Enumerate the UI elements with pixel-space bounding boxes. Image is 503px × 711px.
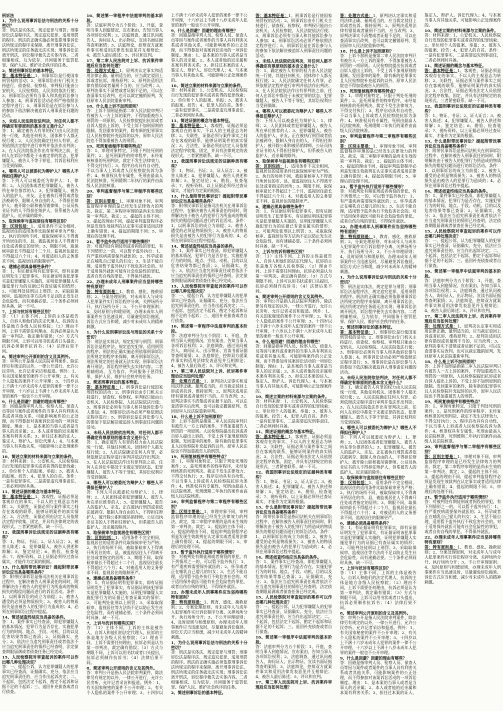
answer-paragraph: 答：1、有证据证明有犯罪事实，即有证据证明发生了犯罪事实，有证据证明该犯罪事实是… xyxy=(2,269,79,309)
question-paragraph: 15、人民检察院对审查起诉的案件可以作出哪几种处理决定？ xyxy=(2,655,79,665)
answer-paragraph: 答：基本特征是：1、刑事诉讼是行使国家刑罚权的活动；2、刑事诉讼由专门机关主持进… xyxy=(2,73,79,119)
answer-paragraph: 答：1、物证、书证；2、证人证言；3、被害人陈述；4、犯罪嫌疑人、被告人供述和辩… xyxy=(425,114,502,139)
answer-lead-underlined: 答：特有原则是： xyxy=(425,545,458,550)
answer-paragraph: 答：处理方式是：1、原判决认定事实和适用法律正确、量刑适当的，应当裁定驳回上诉或… xyxy=(425,324,502,360)
answer-paragraph: 答：下列人可以被委托为辩护人：1、律师；2、人民团体或者犯罪嫌疑人、被告人所在单… xyxy=(2,179,79,219)
question-paragraph: 22、办理未成年人刑事案件应当坚持哪些特有原则？ xyxy=(425,535,502,545)
answer-paragraph: 答：1、审理对象特定，只限于判处死刑的案件；2、是死刑案件的终审程序，未经复核核… xyxy=(425,404,502,444)
answer-paragraph: 答：基本特征是：1、刑事诉讼是行使国家刑罚权的活动；2、刑事诉讼由专门机关主持进… xyxy=(256,13,333,59)
answer-paragraph: 答：1、确定被告人有罪的权力由人民法院统一行使，其他任何机关、团体和个人都无权行… xyxy=(87,440,164,480)
answer-paragraph: 答：（1）主体不同，上诉的主体是被告人、自诉人和他们的法定代理人，抗诉的主体是地… xyxy=(256,254,333,294)
answer-lead-underlined: 答：基本特征是： xyxy=(87,385,120,390)
question-paragraph: 4、哪些人可以被委托为辩护人？哪些人不得担任辩护人？ xyxy=(256,109,333,119)
answer-paragraph: 答：一、提起公诉，认为犯罪嫌疑人的犯罪事实已经查清，证据确实、充分，依法应当追究… xyxy=(2,665,79,695)
answer-paragraph: 答：处理方式是：1、原判决认定事实和适用法律正确、量刑适当的，应当裁定驳回上诉或… xyxy=(171,379,248,415)
answer-paragraph: 答：区别主要是：1、审理对象不同，审判监督程序审理的是已经发生法律效力的判决、裁… xyxy=(425,454,502,495)
answer-paragraph: 答：上诉不加刑是指第二审人民法院审判只有被告人一方上诉的案件，不得加重被告人刑罚… xyxy=(87,109,164,144)
question-paragraph: 13、什么是附带民事诉讼？提起附带民事诉讼应当具备哪些条件？ xyxy=(425,139,502,149)
question-paragraph: 12、我国刑事诉讼法规定的证据种类有哪些？ xyxy=(171,159,248,169)
scanned-cheat-sheet-page: 刑诉法 1、为什么说刑事诉讼法与刑法的关系十分密切？答：刑法是实体法，规定犯罪与… xyxy=(0,0,503,711)
answer-paragraph: 答：审判公开是指人民法院审判案件，除法律另有规定的以外，一律公开进行，允许公民旁… xyxy=(340,616,417,656)
answer-paragraph: 答：（1）主体不同，上诉的主体是被告人、自诉人和他们的法定代理人，抗诉的主体是地… xyxy=(340,571,417,611)
answer-paragraph: 答：1、案件事实已经查清，即犯罪嫌疑人的基本情况，犯罪行为是否存在，实施犯罪行为… xyxy=(171,249,248,284)
answer-paragraph: 答：区别主要是：1、审理对象不同，审判监督程序审理的是已经发生法律效力的判决、裁… xyxy=(340,144,417,185)
answer-paragraph: 答：1、物证、书证；2、证人证言；3、被害人陈述；4、犯罪嫌疑人、被告人供述和辩… xyxy=(171,169,248,194)
answer-paragraph: 答：处理方式是：1、原判决认定事实和适用法律正确、量刑适当的，应当裁定驳回上诉或… xyxy=(340,13,417,49)
question-paragraph: 3、未经人民法院依法判决，对任何人都不得确定有罪原则的基本含义是什么？ xyxy=(256,59,333,69)
question-paragraph: 16、简述第一审程序中法庭审判的基本阶段。 xyxy=(256,635,333,645)
answer-paragraph: 答：回避是指审判人员、检察人员、侦查人员等因与案件或者案件的当事人具有利害关系或… xyxy=(2,404,79,454)
question-paragraph: 16、简述第一审程序中法庭审判的基本阶段。 xyxy=(87,13,164,23)
answer-paragraph: 答：对被判处有期徒刑或者拘役的罪犯，有下列情形之一的，可以暂予监外执行：1、有严… xyxy=(171,555,248,590)
answer-lead-underlined: 答：基本特征是： xyxy=(256,13,289,18)
answer-paragraph: 答：附带民事诉讼是指司法机关在刑事诉讼过程中，在解决被告人刑事责任的同时，附带解… xyxy=(425,149,502,189)
answer-paragraph: 答：刑法是实体法，规定犯罪与刑罚；刑事诉讼法是程序法，规定追究犯罪、适用刑罚的程… xyxy=(340,285,417,325)
question-paragraph: 13、什么是附带民事诉讼？提起附带民事诉讼应当具备哪些条件？ xyxy=(256,505,333,515)
answer-paragraph: 答：区别包括：1、适用条件不完全相同，监视居住的适用条件比取保候审更为严格；2、… xyxy=(87,535,164,576)
answer-paragraph: 答：附带民事诉讼是指司法机关在刑事诉讼过程中，在解决被告人刑事责任的同时，附带解… xyxy=(256,515,333,555)
answer-paragraph: 答：附带民事诉讼是指司法机关在刑事诉讼过程中，在解决被告人刑事责任的同时，附带解… xyxy=(2,575,79,615)
answer-lead-underlined: 答：基本特征是： xyxy=(2,73,35,78)
question-paragraph: 17、第二审人民法院对上诉、抗诉案件审理后应当如何处理？ xyxy=(256,680,333,690)
answer-lead-underlined: 答：区别主要是： xyxy=(171,509,204,514)
answer-paragraph: 答：附带民事诉讼是指司法机关在刑事诉讼过程中，在解决被告人刑事责任的同时，附带解… xyxy=(171,204,248,244)
answer-paragraph: 答：1、审理对象特定，只限于判处死刑的案件；2、是死刑案件的终审程序，未经复核核… xyxy=(340,94,417,134)
question-paragraph: 1、为什么说刑事诉讼法与刑法的关系十分密切？ xyxy=(340,275,417,285)
answer-paragraph: 答：基本特征是：1、刑事诉讼是行使国家刑罚权的活动；2、刑事诉讼由专门机关主持进… xyxy=(87,385,164,431)
question-paragraph: 22、办理未成年人刑事案件应当坚持哪些特有原则？ xyxy=(87,279,164,289)
answer-paragraph: 答：区别包括：1、适用条件不完全相同，监视居住的适用条件比取保候审更为严格；2、… xyxy=(2,224,79,265)
question-paragraph: 12、我国刑事诉讼法规定的证据种类有哪些？ xyxy=(425,104,502,114)
answer-paragraph: 答：1、审理对象特定，只限于判处死刑的案件；2、是死刑案件的终审程序，未经复核核… xyxy=(87,149,164,189)
answer-lead-underlined: 答：特有原则是： xyxy=(171,600,204,605)
question-paragraph: 16、简述第一审程序中法庭审判的基本阶段。 xyxy=(171,324,248,334)
question-paragraph: 12、我国刑事诉讼法规定的证据种类有哪些？ xyxy=(256,470,333,480)
answer-paragraph: 答：1、有证据证明有犯罪事实，即有证据证明发生了犯罪事实，有证据证明该犯罪事实是… xyxy=(256,209,333,249)
answer-lead-underlined: 答：区别主要是： xyxy=(340,144,373,149)
question-paragraph: 1、为什么说刑事诉讼法与刑法的关系十分密切？ xyxy=(171,640,248,650)
answer-paragraph: 答：1、案件事实已经查清，即犯罪嫌疑人的基本情况，犯罪行为是否存在，实施犯罪行为… xyxy=(2,620,79,655)
answer-lead-underlined: 答：基本特征是： xyxy=(256,434,289,439)
answer-paragraph: 答：法庭审判分为五个阶段：1、开庭，查明当事人到庭情况，宣布案由，告知当事人各项… xyxy=(87,23,164,58)
answer-paragraph: 答：区别包括：1、适用条件不完全相同，监视居住的适用条件比取保候审更为严格；2、… xyxy=(256,164,333,205)
question-paragraph: 3、未经人民法院依法判决，对任何人都不得确定有罪原则的基本含义是什么？ xyxy=(2,119,79,129)
answer-lead-underlined: 答：区别包括： xyxy=(340,480,369,485)
answer-paragraph: 答：1、确定被告人有罪的权力由人民法院统一行使，其他任何机关、团体和个人都无权行… xyxy=(2,129,79,169)
text-columns-inner: 刑诉法 1、为什么说刑事诉讼法与刑法的关系十分密切？答：刑法是实体法，规定犯罪与… xyxy=(2,13,501,697)
answer-paragraph: 答：1、有证据证明有犯罪事实，即有证据证明发生了犯罪事实，有证据证明该犯罪事实是… xyxy=(87,581,164,621)
answer-paragraph: 答：下列人可以被委托为辩护人：1、律师；2、人民团体或者犯罪嫌疑人、被告人所在单… xyxy=(87,490,164,530)
answer-paragraph: 答：法庭审判分为五个阶段：1、开庭，查明当事人到庭情况，宣布案由，告知当事人各项… xyxy=(171,334,248,369)
answer-lead-underlined: 答：基本特征是： xyxy=(340,330,373,335)
question-paragraph: 4、哪些人可以被委托为辩护人？哪些人不得担任辩护人？ xyxy=(340,425,417,435)
question-paragraph: 12、我国刑事诉讼法规定的证据种类有哪些？ xyxy=(2,530,79,540)
answer-paragraph: 答：（1）主体不同，上诉的主体是被告人、自诉人和他们的法定代理人，抗诉的主体是地… xyxy=(87,626,164,666)
answer-paragraph: 答：材料来源：1、公安机关、人民检察院自行发现的犯罪事实或者获得的犯罪线索；2、… xyxy=(2,459,79,489)
answer-paragraph: 答：回避是指审判人员、检察人员、侦查人员等因与案件或者案件的当事人具有利害关系或… xyxy=(256,344,333,394)
question-paragraph: 17、第二审人民法院对上诉、抗诉案件审理后应当如何处理？ xyxy=(171,369,248,379)
question-paragraph: 1、为什么说刑事诉讼法与刑法的关系十分密切？ xyxy=(87,330,164,340)
answer-paragraph: 答：1、案件事实已经查清，即犯罪嫌疑人的基本情况，犯罪行为是否存在，实施犯罪行为… xyxy=(256,560,333,595)
question-paragraph: 3、未经人民法院依法判决，对任何人都不得确定有罪原则的基本含义是什么？ xyxy=(87,430,164,440)
answer-lead-underlined: 答：区别包括： xyxy=(2,224,31,229)
answer-paragraph: 答：对被判处有期徒刑或者拘役的罪犯，有下列情形之一的，可以暂予监外执行：1、有严… xyxy=(340,189,417,224)
question-paragraph: 13、什么是附带民事诉讼？提起附带民事诉讼应当具备哪些条件？ xyxy=(2,565,79,575)
answer-paragraph: 答：基本特征是：1、客观性，证据必须是客观存在的事实，不以人的主观意志为转移；2… xyxy=(256,434,333,470)
answer-paragraph: 答：1、确定被告人有罪的权力由人民法院统一行使，其他任何机关、团体和个人都无权行… xyxy=(256,69,333,109)
answer-paragraph: 答：特有原则是：1、教育、感化、挽救原则；2、分案处理原则，对未成年人与成年人犯… xyxy=(87,289,164,330)
answer-paragraph: 答：下列人可以被委托为辩护人：1、律师；2、人民团体或者犯罪嫌疑人、被告人所在单… xyxy=(340,435,417,475)
question-paragraph: 17、第二审人民法院对上诉、抗诉案件审理后应当如何处理？ xyxy=(87,58,164,68)
answer-paragraph: 答：特有原则是：1、教育、感化、挽救原则；2、分案处理原则，对未成年人与成年人犯… xyxy=(340,234,417,275)
answer-paragraph: 答：对被判处有期徒刑或者拘役的罪犯，有下列情形之一的，可以暂予监外执行：1、有严… xyxy=(87,244,164,279)
answer-paragraph: 答：特有原则是：1、教育、感化、挽救原则；2、分案处理原则，对未成年人与成年人犯… xyxy=(425,545,502,586)
answer-paragraph: 答：处理方式是：1、原判决认定事实和适用法律正确、量刑适当的，应当裁定驳回上诉或… xyxy=(87,68,164,104)
answer-lead-underlined: 答：基本特征是： xyxy=(2,494,35,499)
answer-paragraph: 答：1、物证、书证；2、证人证言；3、被害人陈述；4、犯罪嫌疑人、被告人供述和辩… xyxy=(2,540,79,565)
answer-paragraph: 答：材料来源：1、公安机关、人民检察院自行发现的犯罪事实或者获得的犯罪线索；2、… xyxy=(256,399,333,429)
answer-lead-underlined: 答：处理方式是： xyxy=(171,379,204,384)
answer-paragraph: 答：一、提起公诉，认为犯罪嫌疑人的犯罪事实已经查清，证据确实、充分，依法应当追究… xyxy=(256,605,333,635)
answer-lead-underlined: 答：区别主要是： xyxy=(425,454,458,459)
answer-lead-underlined: 答：基本特征是： xyxy=(171,123,204,128)
answer-lead-underlined: 答：区别包括： xyxy=(256,164,285,169)
answer-paragraph: 答：回避是指审判人员、检察人员、侦查人员等因与案件或者案件的当事人具有利害关系或… xyxy=(171,33,248,83)
answer-lead-underlined: 答：区别包括： xyxy=(87,535,116,540)
answer-lead-underlined: 答：特有原则是： xyxy=(340,234,373,239)
question-paragraph: 16、简述第一审程序中法庭审判的基本阶段。 xyxy=(425,269,502,279)
question-paragraph: 4、哪些人可以被委托为辩护人？哪些人不得担任辩护人？ xyxy=(87,480,164,490)
answer-paragraph: 答：1、案件事实已经查清，即犯罪嫌疑人的基本情况，犯罪行为是否存在，实施犯罪行为… xyxy=(425,194,502,229)
answer-paragraph: 答：区别包括：1、适用条件不完全相同，监视居住的适用条件比取保候审更为严格；2、… xyxy=(340,480,417,521)
answer-paragraph: 答：基本特征是：1、客观性，证据必须是客观存在的事实，不以人的主观意志为转移；2… xyxy=(425,68,502,104)
answer-lead-underlined: 答：处理方式是： xyxy=(87,68,120,73)
answer-paragraph: 答：材料来源：1、公安机关、人民检察院自行发现的犯罪事实或者获得的犯罪线索；2、… xyxy=(425,33,502,63)
answer-paragraph: 答：上诉不加刑是指第二审人民法院审判只有被告人一方上诉的案件，不得加重被告人刑罚… xyxy=(340,54,417,89)
text-columns: 刑诉法 1、为什么说刑事诉讼法与刑法的关系十分密切？答：刑法是实体法，规定犯罪与… xyxy=(2,13,501,697)
answer-paragraph: 答：材料来源：1、公安机关、人民检察院自行发现的犯罪事实或者获得的犯罪线索；2、… xyxy=(171,88,248,118)
answer-paragraph: 答：对被判处有期徒刑或者拘役的罪犯，有下列情形之一的，可以暂予监外执行：1、有严… xyxy=(425,500,502,535)
answer-paragraph: 答：上诉不加刑是指第二审人民法院审判只有被告人一方上诉的案件，不得加重被告人刑罚… xyxy=(425,364,502,399)
answer-paragraph: 答：审判公开是指人民法院审判案件，除法律另有规定的以外，一律公开进行，允许公民旁… xyxy=(256,299,333,339)
answer-paragraph: 答：区别主要是：1、审理对象不同，审判监督程序审理的是已经发生法律效力的判决、裁… xyxy=(87,199,164,240)
answer-paragraph: 答：刑法是实体法，规定犯罪与刑罚；刑事诉讼法是程序法，规定追究犯罪、适用刑罚的程… xyxy=(87,340,164,380)
question-paragraph: 2、简述刑事诉讼的基本特征。 xyxy=(171,690,248,695)
answer-paragraph: 答：1、有证据证明有犯罪事实，即有证据证明发生了犯罪事实，有证据证明该犯罪事实是… xyxy=(340,526,417,566)
question-paragraph: 22、办理未成年人刑事案件应当坚持哪些特有原则？ xyxy=(171,590,248,600)
question-paragraph: 13、什么是附带民事诉讼？提起附带民事诉讼应当具备哪些条件？ xyxy=(171,194,248,204)
answer-paragraph: 答：下列人可以被委托为辩护人：1、律师；2、人民团体或者犯罪嫌疑人、被告人所在单… xyxy=(256,119,333,159)
answer-paragraph: 答：（1）主体不同，上诉的主体是被告人、自诉人和他们的法定代理人，抗诉的主体是地… xyxy=(2,314,79,354)
answer-lead-underlined: 答：处理方式是： xyxy=(425,324,458,329)
answer-paragraph: 答：上诉不加刑是指第二审人民法院审判只有被告人一方上诉的案件，不得加重被告人刑罚… xyxy=(171,419,248,454)
answer-paragraph: 答：刑法是实体法，规定犯罪与刑罚；刑事诉讼法是程序法，规定追究犯罪、适用刑罚的程… xyxy=(2,28,79,68)
answer-lead-underlined: 答：区别主要是： xyxy=(87,199,120,204)
question-paragraph: 4、哪些人可以被委托为辩护人？哪些人不得担任辩护人？ xyxy=(2,169,79,179)
answer-lead-underlined: 答：基本特征是： xyxy=(425,68,458,73)
answer-paragraph: 答：审判公开是指人民法院审判案件，除法律另有规定的以外，一律公开进行，允许公民旁… xyxy=(2,359,79,399)
answer-lead-underlined: 答：处理方式是： xyxy=(340,13,373,18)
question-paragraph: 20、审判监督程序与第二审程序有哪些区别？ xyxy=(340,134,417,144)
question-paragraph: 17、第二审人民法院对上诉、抗诉案件审理后应当如何处理？ xyxy=(425,314,502,324)
answer-paragraph: 答：基本特征是：1、客观性，证据必须是客观存在的事实，不以人的主观意志为转移；2… xyxy=(171,123,248,159)
answer-paragraph: 答：一、提起公诉，认为犯罪嫌疑人的犯罪事实已经查清，证据确实、充分，依法应当追究… xyxy=(425,239,502,269)
question-paragraph: 3、未经人民法院依法判决，对任何人都不得确定有罪原则的基本含义是什么？ xyxy=(340,375,417,385)
answer-paragraph: 答：法庭审判分为五个阶段：1、开庭，查明当事人到庭情况，宣布案由，告知当事人各项… xyxy=(256,645,333,680)
answer-paragraph: 答：基本特征是：1、客观性，证据必须是客观存在的事实，不以人的主观意志为转移；2… xyxy=(2,494,79,530)
answer-paragraph: 答：特有原则是：1、教育、感化、挽救原则；2、分案处理原则，对未成年人与成年人犯… xyxy=(171,600,248,641)
question-paragraph: 20、审判监督程序与第二审程序有哪些区别？ xyxy=(425,444,502,454)
answer-paragraph: 答：区别主要是：1、审理对象不同，审判监督程序审理的是已经发生法律效力的判决、裁… xyxy=(171,509,248,550)
answer-paragraph: 答：刑法是实体法，规定犯罪与刑罚；刑事诉讼法是程序法，规定追究犯罪、适用刑罚的程… xyxy=(171,650,248,690)
answer-lead-underlined: 答：特有原则是： xyxy=(87,289,120,294)
answer-paragraph: 答：1、确定被告人有罪的权力由人民法院统一行使，其他任何机关、团体和个人都无权行… xyxy=(340,385,417,425)
question-paragraph: 20、审判监督程序与第二审程序有哪些区别？ xyxy=(171,499,248,509)
question-paragraph: 15、人民检察院对审查起诉的案件可以作出哪几种处理决定？ xyxy=(171,284,248,294)
question-paragraph: 1、为什么说刑事诉讼法与刑法的关系十分密切？ xyxy=(2,18,79,28)
question-paragraph: 22、办理未成年人刑事案件应当坚持哪些特有原则？ xyxy=(340,224,417,234)
answer-paragraph: 答：一、提起公诉，认为犯罪嫌疑人的犯罪事实已经查清，证据确实、充分，依法应当追究… xyxy=(171,294,248,324)
question-paragraph: 15、人民检察院对审查起诉的案件可以作出哪几种处理决定？ xyxy=(256,595,333,605)
answer-paragraph: 答：法庭审判分为五个阶段：1、开庭，查明当事人到庭情况，宣布案由，告知当事人各项… xyxy=(425,279,502,314)
question-paragraph: 20、审判监督程序与第二审程序有哪些区别？ xyxy=(87,189,164,199)
answer-paragraph: 答：基本特征是：1、刑事诉讼是行使国家刑罚权的活动；2、刑事诉讼由专门机关主持进… xyxy=(340,330,417,376)
question-paragraph: 15、人民检察院对审查起诉的案件可以作出哪几种处理决定？ xyxy=(425,229,502,239)
answer-paragraph: 答：1、审理对象特定，只限于判处死刑的案件；2、是死刑案件的终审程序，未经复核核… xyxy=(171,459,248,499)
answer-paragraph: 答：1、物证、书证；2、证人证言；3、被害人陈述；4、犯罪嫌疑人、被告人供述和辩… xyxy=(256,480,333,505)
